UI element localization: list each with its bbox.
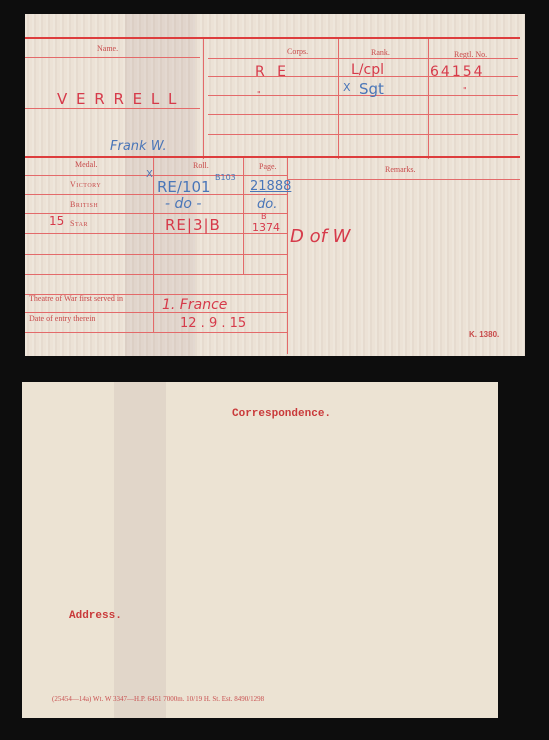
rule — [25, 233, 287, 234]
star-page: 1374 — [252, 221, 280, 234]
rank-value: L/cpl — [351, 62, 384, 78]
remarks-value: D of W — [290, 226, 350, 247]
theatre-value: 1. France — [162, 297, 227, 313]
header-roll: Roll. — [193, 161, 209, 170]
rule — [287, 179, 520, 180]
header-remarks: Remarks. — [385, 165, 415, 174]
header-corps: Corps. — [287, 47, 308, 56]
date-value: 12 . 9 . 15 — [180, 316, 246, 331]
column-divider — [153, 158, 154, 332]
card-stripe — [114, 382, 166, 718]
column-divider — [338, 39, 339, 159]
british-page: do. — [257, 197, 277, 212]
rule — [25, 108, 200, 109]
regt-no-ditto: " — [463, 86, 467, 95]
medal-victory: Victory — [70, 180, 101, 189]
date-label: Date of entry therein — [29, 314, 95, 323]
top-rule — [25, 37, 520, 39]
header-rank: Rank. — [371, 48, 390, 57]
corps-value: R E — [255, 64, 290, 80]
rule — [25, 312, 287, 313]
medal-star-prefix: 15 — [49, 214, 64, 228]
correspondence-heading: Correspondence. — [232, 408, 331, 420]
form-code: K. 1380. — [469, 330, 499, 339]
column-divider — [243, 158, 244, 274]
theatre-label: Theatre of War first served in — [29, 294, 123, 303]
medal-star: Star — [70, 219, 88, 228]
star-roll: RE|3|B — [165, 216, 221, 234]
star-page-top: B — [261, 212, 267, 221]
printer-imprint: (25454—14a) Wt. W 3347—H.P. 6451 7000m. … — [52, 695, 264, 703]
victory-roll-sup: B103 — [215, 173, 236, 182]
rank-mark: X — [343, 81, 351, 94]
rule — [25, 213, 287, 214]
rule — [208, 134, 518, 135]
rule — [25, 194, 287, 195]
british-roll: - do - — [165, 196, 201, 212]
rule — [25, 57, 200, 58]
corps-ditto: " — [257, 90, 261, 99]
victory-roll: RE/101 — [157, 178, 211, 196]
surname: V E R R E L L — [57, 90, 178, 108]
forename: Frank W. — [110, 139, 167, 154]
rule — [25, 332, 287, 333]
section-rule — [25, 156, 520, 158]
medal-card-front: Name. Corps. Rank. Regtl. No. V E R R E … — [25, 14, 525, 356]
victory-page: 21888 — [250, 179, 291, 194]
header-page: Page. — [259, 162, 277, 171]
rule — [208, 58, 518, 59]
header-name: Name. — [97, 44, 118, 53]
medal-british: British — [70, 200, 98, 209]
rule — [25, 274, 287, 275]
rule — [208, 114, 518, 115]
rule — [25, 254, 287, 255]
rule — [25, 175, 287, 176]
column-divider — [428, 39, 429, 159]
address-label: Address. — [69, 610, 122, 622]
medal-card-back: Correspondence. Address. (25454—14a) Wt.… — [22, 382, 498, 718]
rank-value-2: Sgt — [359, 80, 384, 98]
regt-no-value: 64154 — [430, 64, 485, 80]
column-divider — [203, 39, 204, 159]
victory-mark: X — [146, 169, 153, 180]
header-medal: Medal. — [75, 160, 97, 169]
